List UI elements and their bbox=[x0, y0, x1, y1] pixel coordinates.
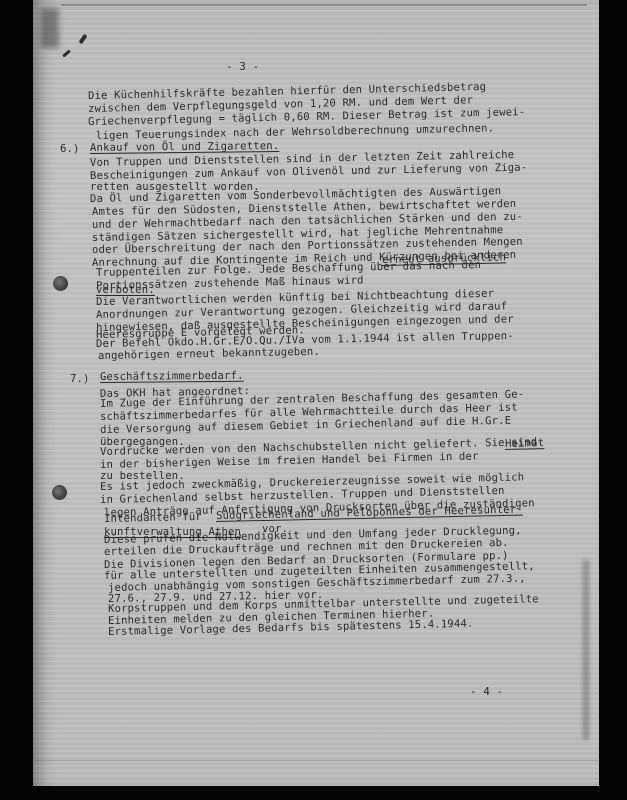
right-shadow bbox=[583, 560, 589, 740]
ink-mark bbox=[78, 34, 87, 44]
fold-shadow bbox=[41, 8, 59, 48]
punch-hole-top bbox=[53, 276, 68, 291]
section-7-line: Intendanten für bbox=[104, 511, 202, 525]
punch-hole-bottom bbox=[52, 485, 67, 500]
section-7-heading: Geschäftszimmerbedarf. bbox=[100, 370, 244, 383]
page-number-bottom: - 4 - bbox=[470, 685, 503, 698]
section-6-heading: Ankauf von Öl und Zigaretten. bbox=[90, 140, 279, 154]
section-6-number: 6.) bbox=[60, 143, 80, 155]
page-top-edge bbox=[61, 4, 587, 6]
section-7-number: 7.) bbox=[70, 373, 90, 385]
page-bottom-edge bbox=[33, 760, 599, 761]
section-7-emphasis-heimat: Heimat bbox=[505, 437, 544, 450]
ink-mark bbox=[62, 49, 71, 57]
page-number-top: - 3 - bbox=[226, 60, 259, 73]
